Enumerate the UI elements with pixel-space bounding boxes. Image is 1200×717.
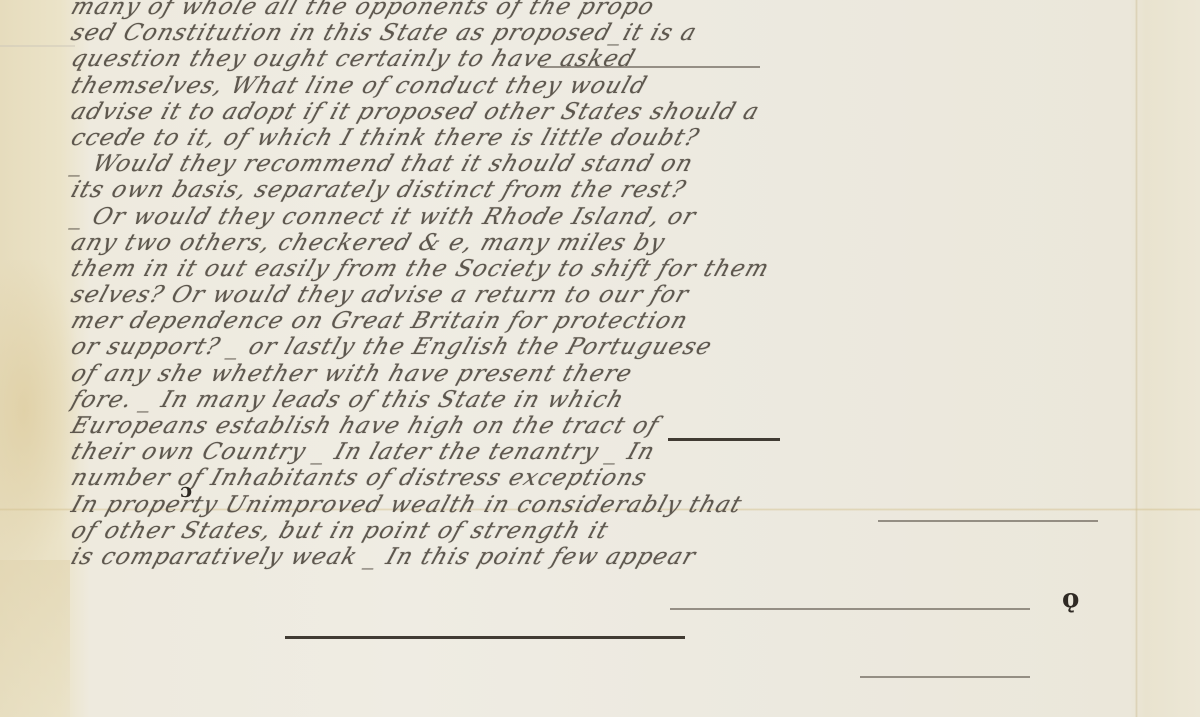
fold-crease bbox=[0, 45, 75, 47]
text-line: their own Country _ In later the tenantr… bbox=[68, 439, 1137, 465]
underline bbox=[860, 676, 1030, 678]
text-line: _ Would they recommend that it should st… bbox=[68, 151, 1137, 177]
text-line: fore. _ In many leads of this State in w… bbox=[68, 387, 1137, 413]
text-line: _ Or would they connect it with Rhode Is… bbox=[68, 204, 1137, 230]
ink-blot: ɔ bbox=[180, 478, 192, 502]
manuscript-page: many of whole all the opponents of the p… bbox=[0, 0, 1200, 717]
text-line: advise it to adopt if it proposed other … bbox=[68, 99, 1137, 125]
underline bbox=[670, 608, 1030, 610]
text-line: of any she whether with have present the… bbox=[68, 361, 1137, 387]
paper-stain bbox=[0, 560, 70, 717]
text-line: or support? _ or lastly the English the … bbox=[68, 334, 1137, 360]
underline bbox=[540, 66, 760, 68]
text-line: selves? Or would they advise a return to… bbox=[68, 282, 1137, 308]
handwritten-text-block: many of whole all the opponents of the p… bbox=[72, 0, 1132, 570]
text-line: many of whole all the opponents of the p… bbox=[68, 0, 1137, 20]
ink-blot: ǫ bbox=[1062, 584, 1079, 614]
text-line: is comparatively weak _ In this point fe… bbox=[68, 544, 1137, 570]
text-line: any two others, checkered & e, many mile… bbox=[68, 230, 1137, 256]
text-line: question they ought certainly to have as… bbox=[68, 46, 1137, 72]
text-line: Europeans establish have high on the tra… bbox=[68, 413, 1137, 439]
underline bbox=[668, 438, 780, 441]
text-line: them in it out easily from the Society t… bbox=[68, 256, 1137, 282]
margin-crease bbox=[1135, 0, 1138, 717]
text-line: its own basis, separately distinct from … bbox=[68, 177, 1137, 203]
text-line: In property Unimproved wealth in conside… bbox=[68, 492, 1137, 518]
text-line: ccede to it, of which I think there is l… bbox=[68, 125, 1137, 151]
underline bbox=[285, 636, 685, 639]
text-line: number of Inhabitants of distress except… bbox=[68, 465, 1137, 491]
text-line: sed Constitution in this State as propos… bbox=[68, 20, 1137, 46]
text-line: mer dependence on Great Britain for prot… bbox=[68, 308, 1137, 334]
text-line: themselves, What line of conduct they wo… bbox=[68, 73, 1137, 99]
underline bbox=[878, 520, 1098, 522]
